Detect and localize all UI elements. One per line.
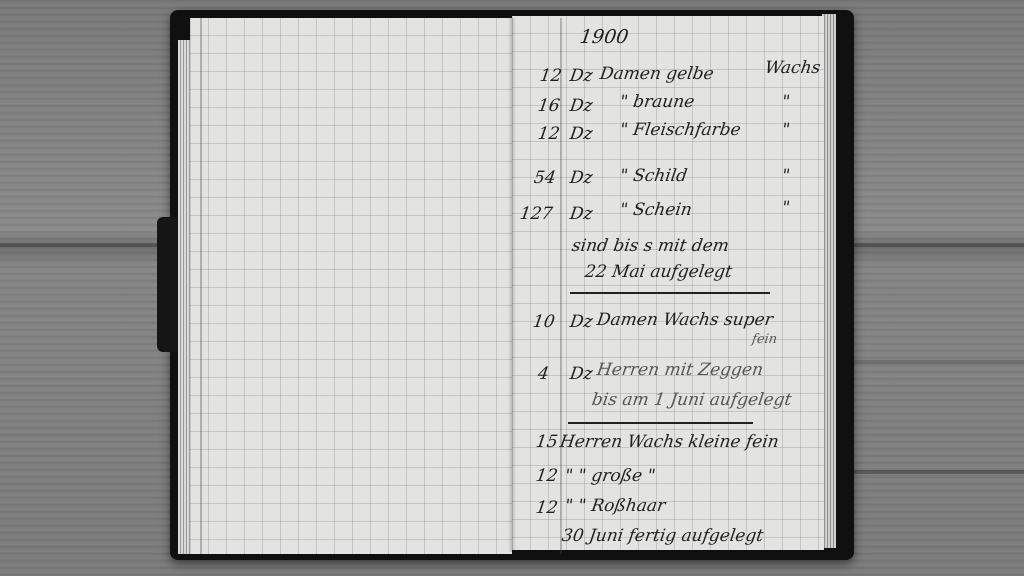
margin-line (200, 18, 202, 554)
entry-qty: 12 (535, 498, 559, 518)
entry-desc: " Schein (619, 200, 694, 220)
notebook-tab (157, 217, 179, 352)
entry-qty: 10 (532, 312, 556, 332)
divider-rule (570, 292, 770, 294)
entry-unit: Dz (569, 96, 594, 116)
entry-desc: " " Roßhaar (564, 496, 667, 516)
note-line: 30 Juni fertig aufgelegt (561, 526, 765, 546)
entry-unit: Dz (569, 66, 594, 86)
entry-sub: fein (751, 332, 778, 347)
entry-desc: Damen gelbe (599, 64, 715, 84)
left-page (190, 18, 512, 554)
entry-unit: Dz (569, 124, 594, 144)
entry-unit: Dz (569, 364, 594, 384)
note-line: 22 Mai aufgelegt (584, 262, 734, 282)
entry-desc: " " große " (564, 466, 657, 486)
entry-qty: 54 (533, 168, 557, 188)
gutter (508, 18, 516, 552)
entry-desc: " Schild (619, 166, 689, 186)
entry-unit: Dz (569, 204, 594, 224)
entry-unit: Dz (569, 312, 594, 332)
entry-desc: Herren mit Zeggen (596, 360, 765, 380)
wood-plank-seam (850, 360, 1024, 364)
year-heading: 1900 (578, 26, 629, 48)
divider-rule (568, 422, 753, 424)
entry-qty: 12 (535, 466, 559, 486)
entry-qty: 15 (535, 432, 559, 452)
entry-unit: Dz (569, 168, 594, 188)
entry-qty: 16 (537, 96, 561, 116)
entry-qty: 12 (539, 66, 563, 86)
entry-desc: Damen Wachs super (596, 310, 775, 330)
entry-desc: Herren Wachs kleine fein (559, 432, 780, 452)
note-line: sind bis s mit dem (571, 236, 731, 256)
wood-plank-seam (850, 470, 1024, 474)
entry-desc: " Fleischfarbe (619, 120, 742, 140)
entry-qty: 12 (537, 124, 561, 144)
entry-desc: " braune (619, 92, 696, 112)
page-edges-right (822, 14, 836, 548)
note-line: bis am 1 Juni aufgelegt (591, 390, 793, 410)
entry-qty: 127 (519, 204, 554, 224)
column-header: Wachs (764, 58, 822, 78)
